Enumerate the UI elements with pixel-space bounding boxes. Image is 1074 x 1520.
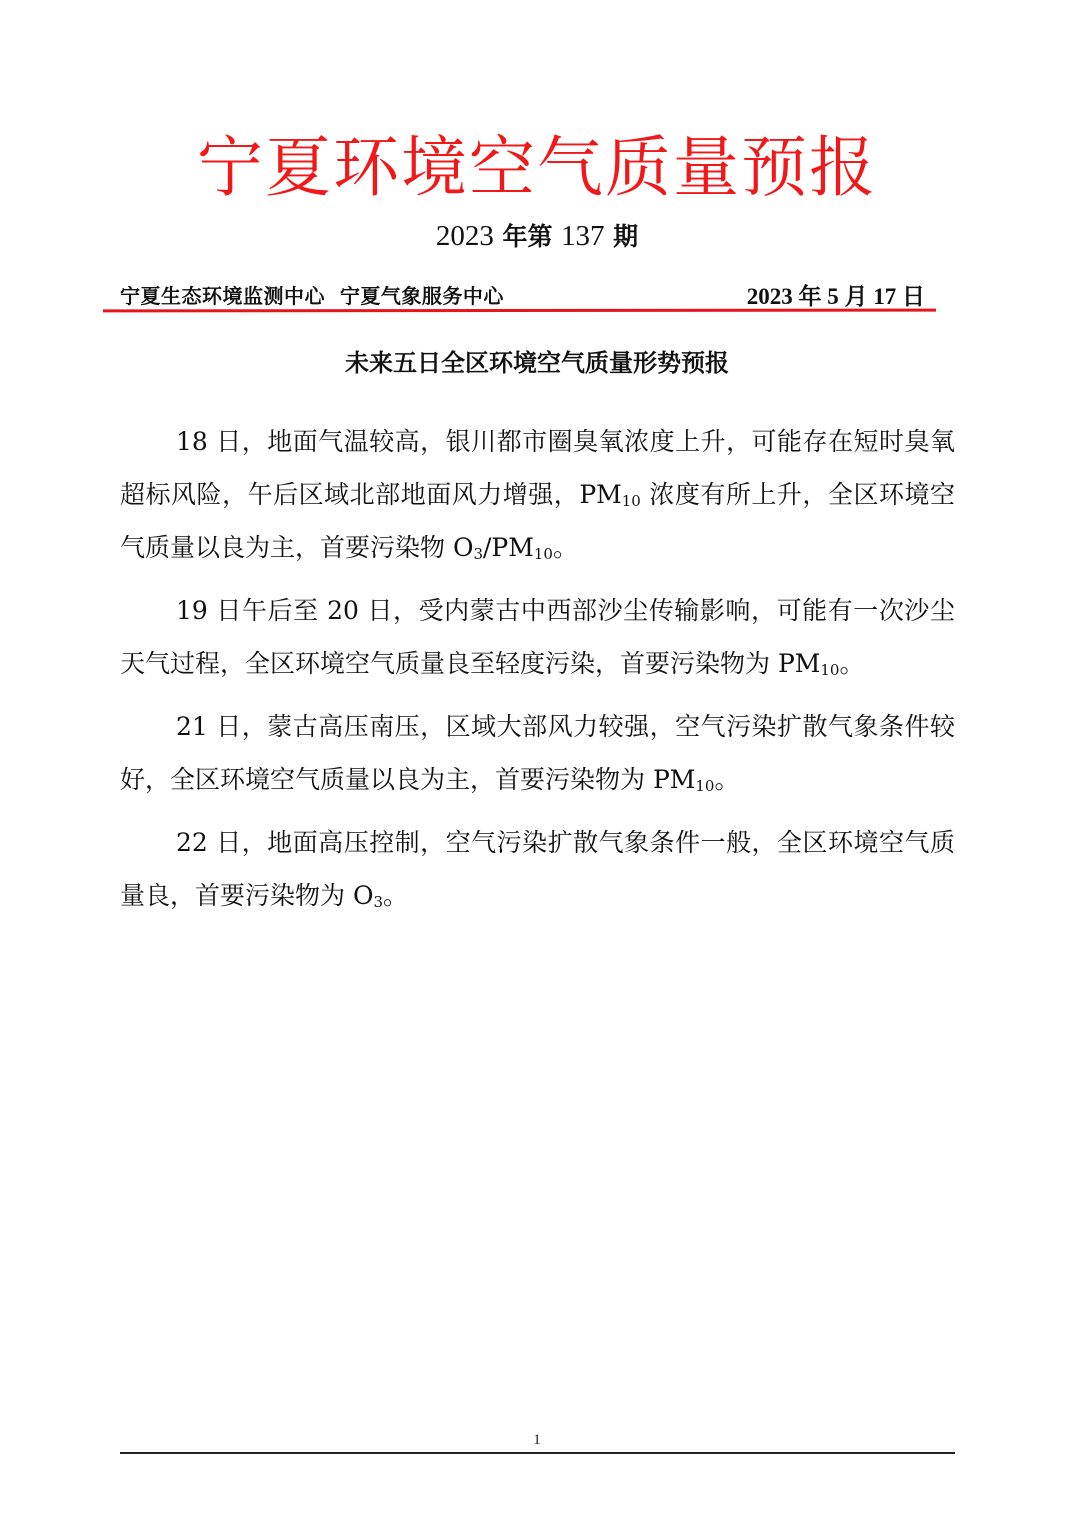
masthead-title: 宁夏环境空气质量预报: [0, 128, 1074, 208]
forecast-paragraph-day19-20: 19 日午后至 20 日，受内蒙古中西部沙尘传输影响，可能有一次沙尘天气过程，全…: [120, 584, 955, 690]
subscript: 3: [473, 545, 483, 563]
publisher-row: 宁夏生态环境监测中心 宁夏气象服务中心 2023 年 5 月 17 日: [120, 279, 925, 309]
paragraph-text: 。: [839, 649, 864, 678]
forecast-paragraph-day22: 22 日，地面高压控制，空气污染扩散气象条件一般，全区环境空气质量良，首要污染物…: [120, 816, 955, 922]
footer-divider-rule: [120, 1452, 955, 1454]
page-number: 1: [0, 1432, 1074, 1449]
publish-date: 2023 年 5 月 17 日: [747, 278, 925, 311]
paragraph-text: /PM: [483, 533, 534, 562]
subscript: 10: [534, 545, 553, 563]
issue-number-suffix: 期: [613, 222, 638, 251]
issue-year: 2023: [436, 220, 494, 252]
subscript: 10: [695, 777, 714, 795]
issue-number-value: 137: [561, 220, 605, 252]
paragraph-text: 。: [383, 881, 408, 910]
issue-number: 2023 年第 137 期: [0, 218, 1074, 255]
paragraph-text: 。: [553, 533, 578, 562]
paragraph-text: 22 日，地面高压控制，空气污染扩散气象条件一般，全区环境空气质量良，首要污染物…: [120, 828, 955, 910]
paragraph-text: 。: [714, 765, 739, 794]
publisher-organizations: 宁夏生态环境监测中心 宁夏气象服务中心: [120, 280, 504, 309]
section-heading: 未来五日全区环境空气质量形势预报: [0, 345, 1074, 381]
paragraph-text: 21 日，蒙古高压南压，区域大部风力较强，空气污染扩散气象条件较好，全区环境空气…: [120, 712, 955, 794]
forecast-body: 18 日，地面气温较高，银川都市圈臭氧浓度上升，可能存在短时臭氧超标风险，午后区…: [120, 415, 955, 932]
subscript: 10: [622, 492, 641, 510]
subscript: 3: [373, 893, 383, 911]
forecast-paragraph-day21: 21 日，蒙古高压南压，区域大部风力较强，空气污染扩散气象条件较好，全区环境空气…: [120, 700, 955, 806]
issue-year-suffix: 年第: [502, 222, 552, 251]
red-divider-rule: [103, 309, 936, 313]
forecast-paragraph-day18: 18 日，地面气温较高，银川都市圈臭氧浓度上升，可能存在短时臭氧超标风险，午后区…: [120, 415, 955, 574]
document-page: 宁夏环境空气质量预报 2023 年第 137 期 宁夏生态环境监测中心 宁夏气象…: [0, 0, 1074, 1520]
subscript: 10: [820, 661, 839, 679]
